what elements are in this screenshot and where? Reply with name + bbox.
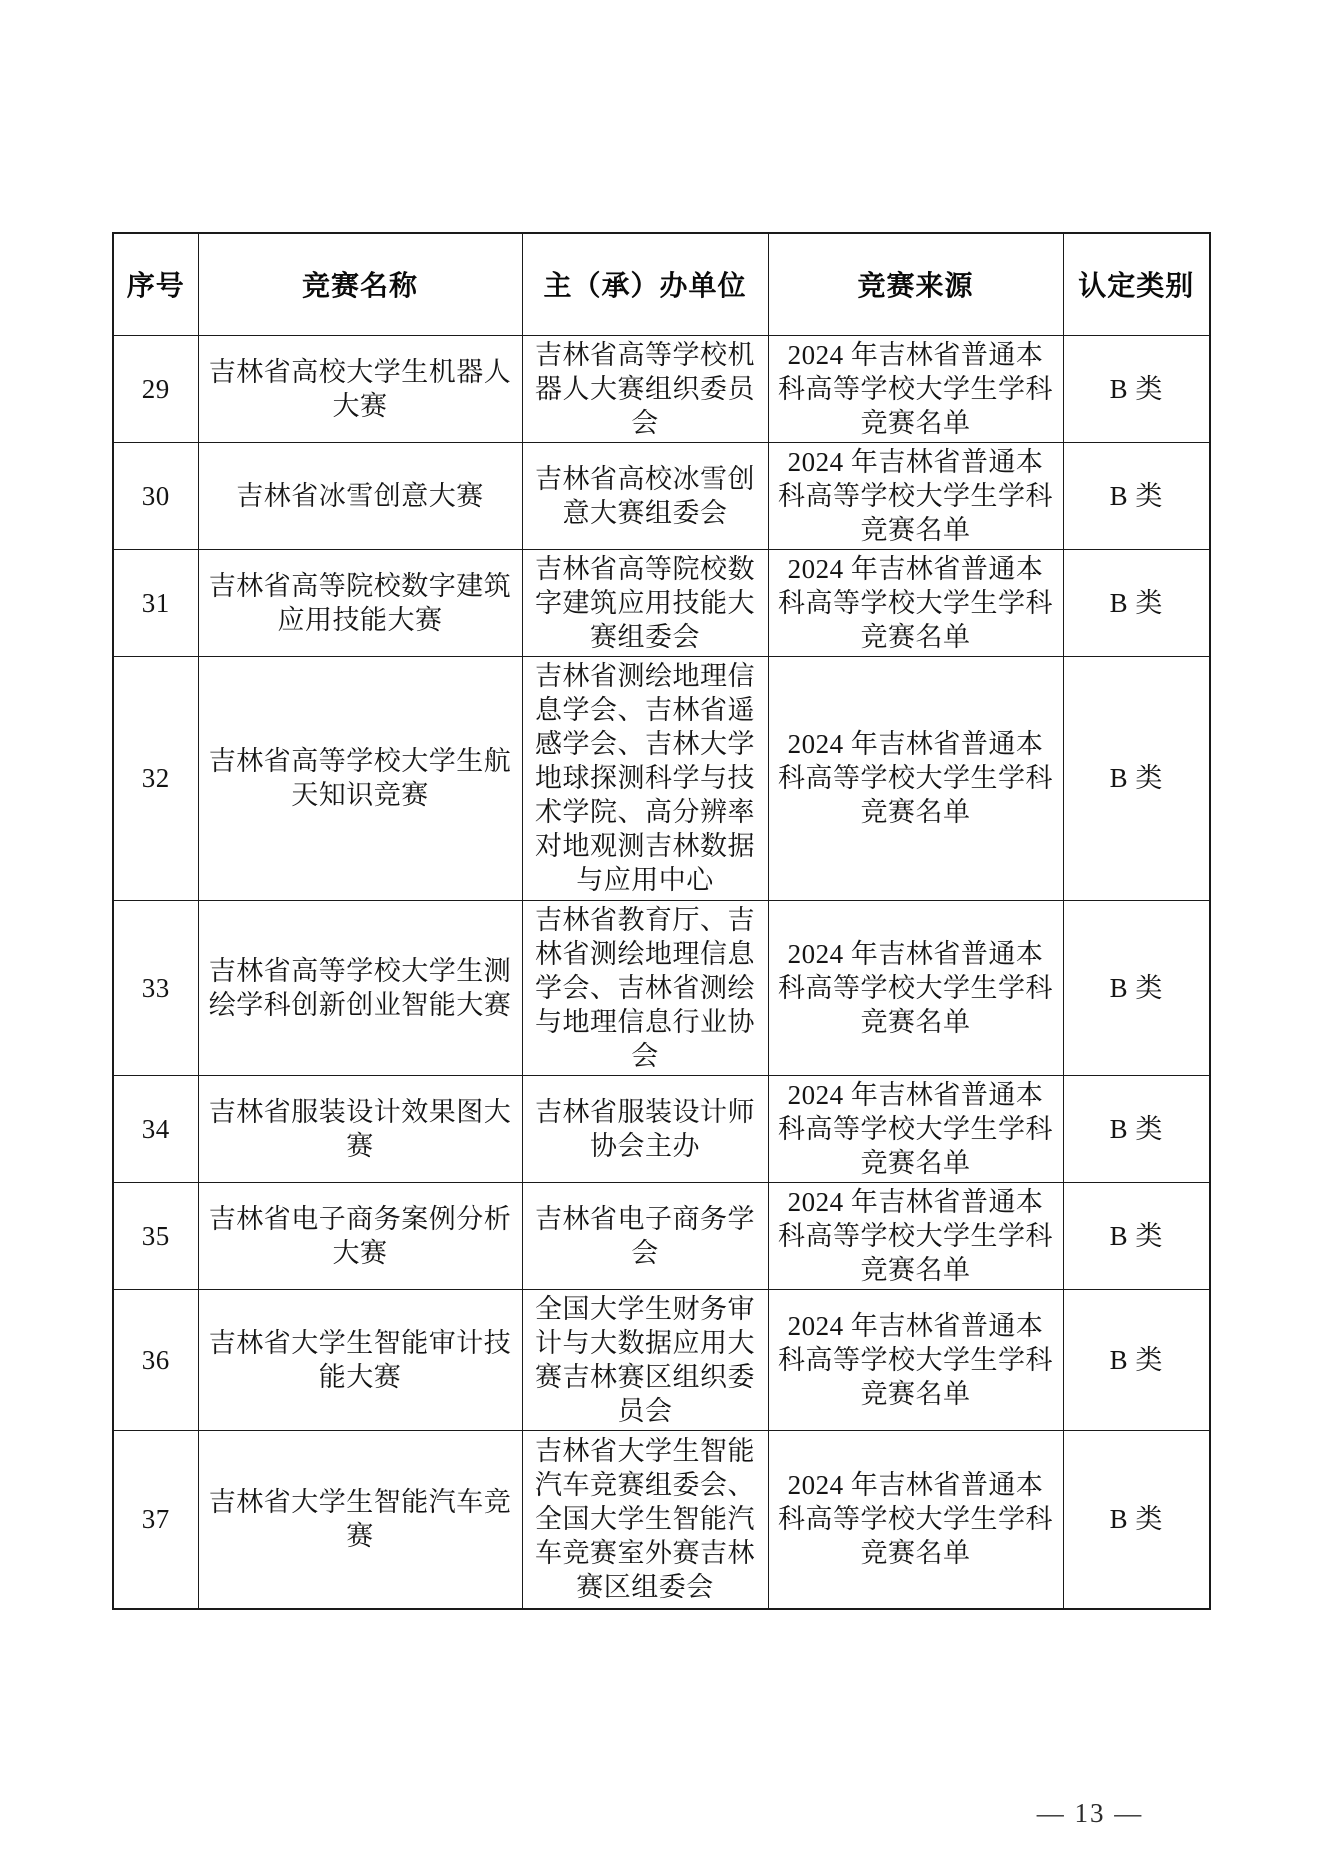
source-cell: 2024 年吉林省普通本科高等学校大学生学科竞赛名单	[768, 1075, 1063, 1182]
organizer-cell: 吉林省高等学校机器人大赛组织委员会	[522, 335, 768, 442]
category-cell: B 类	[1063, 900, 1210, 1075]
competition-name-cell: 吉林省高等学校大学生测绘学科创新创业智能大赛	[198, 900, 522, 1075]
source-cell: 2024 年吉林省普通本科高等学校大学生学科竞赛名单	[768, 900, 1063, 1075]
table-row: 35 吉林省电子商务案例分析大赛 吉林省电子商务学会 2024 年吉林省普通本科…	[113, 1182, 1210, 1289]
table-row: 32 吉林省高等学校大学生航天知识竞赛 吉林省测绘地理信息学会、吉林省遥感学会、…	[113, 656, 1210, 900]
header-competition-name: 竞赛名称	[198, 233, 522, 335]
source-cell: 2024 年吉林省普通本科高等学校大学生学科竞赛名单	[768, 1430, 1063, 1609]
source-cell: 2024 年吉林省普通本科高等学校大学生学科竞赛名单	[768, 1182, 1063, 1289]
organizer-cell: 全国大学生财务审计与大数据应用大赛吉林赛区组织委员会	[522, 1289, 768, 1430]
table-row: 34 吉林省服装设计效果图大赛 吉林省服装设计师协会主办 2024 年吉林省普通…	[113, 1075, 1210, 1182]
row-no-cell: 35	[113, 1182, 198, 1289]
competition-name-cell: 吉林省电子商务案例分析大赛	[198, 1182, 522, 1289]
category-cell: B 类	[1063, 1430, 1210, 1609]
category-cell: B 类	[1063, 1289, 1210, 1430]
organizer-cell: 吉林省测绘地理信息学会、吉林省遥感学会、吉林大学地球探测科学与技术学院、高分辨率…	[522, 656, 768, 900]
source-cell: 2024 年吉林省普通本科高等学校大学生学科竞赛名单	[768, 442, 1063, 549]
table-row: 36 吉林省大学生智能审计技能大赛 全国大学生财务审计与大数据应用大赛吉林赛区组…	[113, 1289, 1210, 1430]
organizer-cell: 吉林省大学生智能汽车竞赛组委会、全国大学生智能汽车竞赛室外赛吉林赛区组委会	[522, 1430, 768, 1609]
category-cell: B 类	[1063, 656, 1210, 900]
source-cell: 2024 年吉林省普通本科高等学校大学生学科竞赛名单	[768, 335, 1063, 442]
competition-name-cell: 吉林省服装设计效果图大赛	[198, 1075, 522, 1182]
organizer-cell: 吉林省教育厅、吉林省测绘地理信息学会、吉林省测绘与地理信息行业协会	[522, 900, 768, 1075]
document-page: 序号 竞赛名称 主（承）办单位 竞赛来源 认定类别 29 吉林省高校大学生机器人…	[0, 0, 1322, 1871]
organizer-cell: 吉林省电子商务学会	[522, 1182, 768, 1289]
competition-name-cell: 吉林省高校大学生机器人大赛	[198, 335, 522, 442]
row-no-cell: 29	[113, 335, 198, 442]
organizer-cell: 吉林省高等院校数字建筑应用技能大赛组委会	[522, 549, 768, 656]
category-cell: B 类	[1063, 442, 1210, 549]
table-row: 30 吉林省冰雪创意大赛 吉林省高校冰雪创意大赛组委会 2024 年吉林省普通本…	[113, 442, 1210, 549]
competition-name-cell: 吉林省大学生智能汽车竞赛	[198, 1430, 522, 1609]
competition-name-cell: 吉林省高等学校大学生航天知识竞赛	[198, 656, 522, 900]
competition-name-cell: 吉林省大学生智能审计技能大赛	[198, 1289, 522, 1430]
row-no-cell: 31	[113, 549, 198, 656]
category-cell: B 类	[1063, 335, 1210, 442]
organizer-cell: 吉林省服装设计师协会主办	[522, 1075, 768, 1182]
row-no-cell: 34	[113, 1075, 198, 1182]
page-number: — 13 —	[1005, 1798, 1175, 1829]
table-row: 37 吉林省大学生智能汽车竞赛 吉林省大学生智能汽车竞赛组委会、全国大学生智能汽…	[113, 1430, 1210, 1609]
header-source: 竞赛来源	[768, 233, 1063, 335]
table-header-row: 序号 竞赛名称 主（承）办单位 竞赛来源 认定类别	[113, 233, 1210, 335]
competition-name-cell: 吉林省冰雪创意大赛	[198, 442, 522, 549]
source-cell: 2024 年吉林省普通本科高等学校大学生学科竞赛名单	[768, 549, 1063, 656]
table-row: 33 吉林省高等学校大学生测绘学科创新创业智能大赛 吉林省教育厅、吉林省测绘地理…	[113, 900, 1210, 1075]
table-row: 29 吉林省高校大学生机器人大赛 吉林省高等学校机器人大赛组织委员会 2024 …	[113, 335, 1210, 442]
source-cell: 2024 年吉林省普通本科高等学校大学生学科竞赛名单	[768, 656, 1063, 900]
competition-name-cell: 吉林省高等院校数字建筑应用技能大赛	[198, 549, 522, 656]
row-no-cell: 36	[113, 1289, 198, 1430]
header-category: 认定类别	[1063, 233, 1210, 335]
row-no-cell: 32	[113, 656, 198, 900]
category-cell: B 类	[1063, 1182, 1210, 1289]
organizer-cell: 吉林省高校冰雪创意大赛组委会	[522, 442, 768, 549]
category-cell: B 类	[1063, 1075, 1210, 1182]
row-no-cell: 37	[113, 1430, 198, 1609]
row-no-cell: 33	[113, 900, 198, 1075]
row-no-cell: 30	[113, 442, 198, 549]
source-cell: 2024 年吉林省普通本科高等学校大学生学科竞赛名单	[768, 1289, 1063, 1430]
table-row: 31 吉林省高等院校数字建筑应用技能大赛 吉林省高等院校数字建筑应用技能大赛组委…	[113, 549, 1210, 656]
category-cell: B 类	[1063, 549, 1210, 656]
competition-table: 序号 竞赛名称 主（承）办单位 竞赛来源 认定类别 29 吉林省高校大学生机器人…	[112, 232, 1211, 1610]
header-no: 序号	[113, 233, 198, 335]
header-organizer: 主（承）办单位	[522, 233, 768, 335]
